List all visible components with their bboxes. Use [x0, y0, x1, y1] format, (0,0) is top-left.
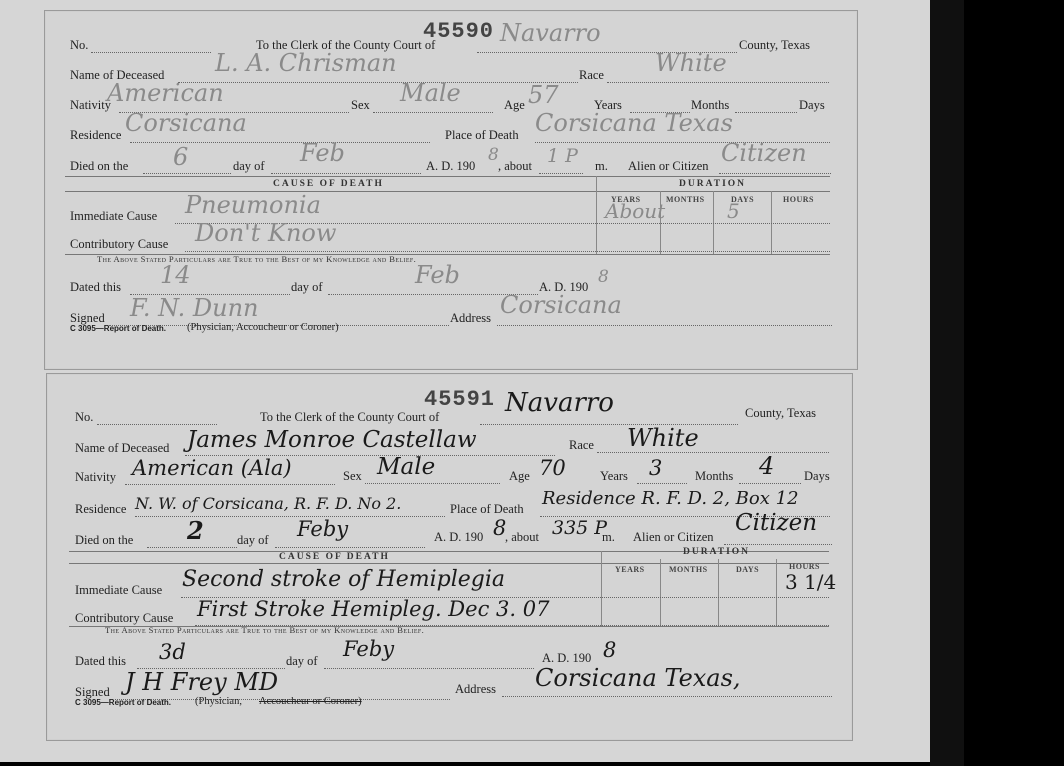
sex-label: Sex: [343, 469, 362, 484]
address-value: Corsicana Texas,: [535, 664, 741, 692]
race-label: Race: [579, 68, 604, 83]
rule: [718, 559, 719, 626]
rule: [324, 668, 534, 669]
days-label: Days: [804, 469, 830, 484]
age-label: Age: [504, 98, 525, 113]
contributory-cause-value: Don't Know: [195, 219, 336, 247]
age-months-value: 3: [649, 456, 662, 480]
died-month-value: Feby: [297, 517, 348, 541]
nativity-value: American (Ala): [132, 456, 292, 480]
day-of-label: day of: [237, 533, 269, 548]
ad-label: A. D. 190: [434, 530, 483, 545]
duration-hours-value: 3 1/4: [785, 570, 836, 594]
about-label: , about: [505, 530, 539, 545]
rule: [147, 547, 237, 548]
attestation-text: The Above Stated Particulars are True to…: [105, 625, 424, 635]
immediate-cause-label: Immediate Cause: [70, 209, 157, 224]
rule: [735, 112, 797, 113]
dated-month-value: Feby: [343, 637, 394, 661]
race-value: White: [655, 49, 727, 77]
rule: [637, 483, 687, 484]
county-value: Navarro: [505, 388, 614, 418]
dated-day-of-label: day of: [286, 654, 318, 669]
died-day-value: 2: [187, 516, 204, 545]
years-label: Years: [600, 469, 628, 484]
dated-label: Dated this: [70, 280, 121, 295]
rule: [178, 82, 578, 83]
contributory-cause-value: First Stroke Hemipleg. Dec 3. 07: [197, 597, 549, 621]
about-label: , about: [498, 159, 532, 174]
scan-binding-edge: [930, 0, 964, 766]
place-of-death-label: Place of Death: [450, 502, 524, 517]
immediate-cause-value: Pneumonia: [185, 191, 321, 219]
months-label: Months: [695, 469, 733, 484]
death-report-card-2: No. To the Clerk of the County Court of …: [46, 373, 853, 741]
duration-days-value: 5: [727, 199, 740, 223]
dated-day-value: 3d: [159, 640, 186, 664]
rule: [776, 559, 777, 626]
col-years: YEARS: [615, 565, 645, 574]
died-time-value: 1 P: [547, 145, 578, 167]
m-label: m.: [602, 530, 615, 545]
role-note: (Physician, Accoucheur or Coroner): [187, 322, 339, 333]
cause-of-death-header: CAUSE OF DEATH: [279, 552, 390, 562]
dated-day-of-label: day of: [291, 280, 323, 295]
died-day-value: 6: [173, 143, 188, 171]
address-value: Corsicana: [500, 291, 622, 319]
race-value: White: [627, 424, 699, 452]
residence-value: Corsicana: [125, 109, 247, 137]
col-days: DAYS: [736, 565, 759, 574]
record-number-stamp: 45591: [424, 387, 495, 412]
place-of-death-value: Corsicana Texas: [535, 109, 733, 137]
rule: [143, 173, 231, 174]
col-hours: HOURS: [783, 195, 814, 204]
nativity-label: Nativity: [75, 470, 116, 485]
county-value: Navarro: [500, 19, 601, 47]
name-value: L. A. Chrisman: [215, 49, 397, 77]
died-month-value: Feb: [300, 139, 345, 167]
age-days-value: 4: [759, 452, 774, 480]
days-label: Days: [799, 98, 825, 113]
address-label: Address: [455, 682, 496, 697]
rule: [660, 559, 661, 626]
alien-citizen-label: Alien or Citizen: [633, 530, 714, 545]
nativity-value: American: [107, 79, 224, 107]
dated-year-digit: 8: [603, 638, 616, 662]
dated-month-value: Feb: [415, 261, 460, 289]
rule: [739, 483, 801, 484]
signature-value: J H Frey MD: [125, 668, 278, 696]
signature-value: F. N. Dunn: [130, 294, 259, 322]
sex-label: Sex: [351, 98, 370, 113]
rule: [373, 112, 493, 113]
alien-citizen-value: Citizen: [721, 139, 807, 167]
role-struck-text: Accoucheur or Coroner): [259, 696, 362, 707]
rule: [480, 424, 738, 425]
residence-value: N. W. of Corsicana, R. F. D. No 2.: [135, 494, 401, 513]
rule: [65, 176, 830, 177]
rule: [135, 516, 445, 517]
rule: [185, 251, 830, 252]
race-label: Race: [569, 438, 594, 453]
record-number-stamp: 45590: [423, 19, 494, 44]
no-label: No.: [70, 38, 88, 53]
contributory-cause-label: Contributory Cause: [75, 611, 173, 626]
died-on-label: Died on the: [75, 533, 133, 548]
sex-value: Male: [377, 454, 435, 480]
rule: [596, 176, 597, 254]
to-clerk-label: To the Clerk of the County Court of: [260, 410, 439, 425]
role-physician: (Physician,: [195, 696, 242, 707]
col-months: MONTHS: [669, 565, 708, 574]
age-years-value: 70: [539, 456, 566, 480]
rule: [125, 484, 335, 485]
county-texas-label: County, Texas: [739, 38, 810, 53]
rule: [65, 191, 830, 192]
m-label: m.: [595, 159, 608, 174]
rule: [601, 551, 602, 626]
name-value: James Monroe Castellaw: [187, 427, 477, 453]
age-years-value: 57: [528, 81, 559, 109]
rule: [275, 547, 425, 548]
residence-label: Residence: [70, 128, 121, 143]
alien-citizen-value: Citizen: [735, 510, 817, 536]
rule: [271, 173, 421, 174]
nativity-label: Nativity: [70, 98, 111, 113]
rule: [69, 563, 829, 564]
duration-header: DURATION: [679, 179, 746, 189]
no-label: No.: [75, 410, 93, 425]
alien-citizen-label: Alien or Citizen: [628, 159, 709, 174]
rule: [97, 424, 217, 425]
died-time-value: 335 P: [552, 517, 607, 539]
dated-day-value: 14: [160, 261, 191, 289]
residence-label: Residence: [75, 502, 126, 517]
rule: [597, 452, 829, 453]
rule: [497, 325, 832, 326]
col-months: MONTHS: [666, 195, 705, 204]
name-label: Name of Deceased: [75, 441, 169, 456]
dated-year-digit: 8: [598, 267, 609, 287]
county-texas-label: County, Texas: [745, 406, 816, 421]
place-of-death-label: Place of Death: [445, 128, 519, 143]
rule: [91, 52, 211, 53]
immediate-cause-value: Second stroke of Hemiplegia: [182, 567, 505, 592]
rule: [365, 483, 500, 484]
rule: [724, 544, 832, 545]
died-on-label: Died on the: [70, 159, 128, 174]
attestation-text: The Above Stated Particulars are True to…: [97, 254, 416, 264]
rule: [607, 82, 829, 83]
day-of-label: day of: [233, 159, 265, 174]
rule: [539, 173, 583, 174]
form-code: C 3095—Report of Death.: [70, 324, 166, 333]
age-label: Age: [509, 469, 530, 484]
dated-label: Dated this: [75, 654, 126, 669]
sex-value: Male: [400, 79, 461, 107]
duration-years-value: About: [605, 199, 665, 223]
cause-of-death-header: CAUSE OF DEATH: [273, 179, 384, 189]
rule: [719, 173, 831, 174]
form-code: C 3095—Report of Death.: [75, 698, 171, 707]
contributory-cause-label: Contributory Cause: [70, 237, 168, 252]
death-report-card-1: No. To the Clerk of the County Court of …: [44, 10, 858, 370]
place-of-death-value: Residence R. F. D. 2, Box 12: [542, 488, 799, 509]
address-label: Address: [450, 311, 491, 326]
immediate-cause-label: Immediate Cause: [75, 583, 162, 598]
ad-label: A. D. 190: [426, 159, 475, 174]
duration-header: DURATION: [683, 547, 750, 557]
rule: [502, 696, 832, 697]
